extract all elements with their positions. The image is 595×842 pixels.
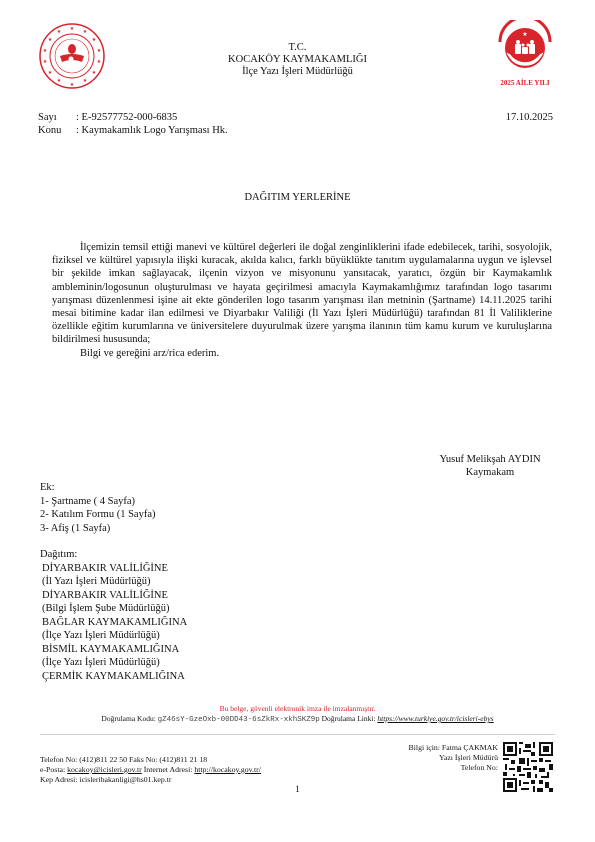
verification-code: gZ46sY-GzeOxb-00DD43-6sZkRx-xkhSKZ9p [158,716,320,724]
family-year-logo: ★ 2025 AİLE YILI [492,20,558,86]
attachment-item: 2- Katılım Formu (1 Sayfa) [40,508,155,522]
svg-text:★: ★ [70,26,75,32]
svg-text:★: ★ [83,29,88,35]
contact-person: Bilgi için: Fatma ÇAKMAK Yazı İşleri Müd… [409,743,498,773]
document-date: 17.10.2025 [506,111,553,124]
info-contact-title: Yazı İşleri Müdürü [409,753,498,763]
svg-text:★: ★ [57,29,62,35]
distribution-item: (İlçe Yazı İşleri Müdürlüğü) [42,656,187,670]
konu-label: Konu [38,124,76,137]
info-contact-name: Bilgi için: Fatma ÇAKMAK [409,743,498,753]
email-web-line: e-Posta: kocakoy@icisleri.gov.tr İnterne… [40,765,261,775]
distribution-item: (İlçe Yazı İşleri Müdürlüğü) [42,629,187,643]
distribution-item: (İl Yazı İşleri Müdürlüğü) [42,575,187,589]
sayi-value: : E-92577752-000-6835 [76,112,177,123]
footer-divider [40,734,555,735]
attachments-label: Ek: [40,481,155,495]
phone-fax-line: Telefon No: (412)811 22 50 Faks No: (412… [40,755,261,765]
distribution-item: DİYARBAKIR VALİLİĞİNE [42,562,187,576]
signer-title: Kaymakam [420,466,560,479]
email-label: e-Posta: [40,765,65,774]
svg-text:★: ★ [522,31,527,38]
attachments-list: Ek: 1- Şartname ( 4 Sayfa) 2- Katılım Fo… [40,481,155,535]
body-closing: Bilgi ve gereğini arz/rica ederim. [52,347,552,360]
sayi-label: Sayı [38,111,76,124]
svg-text:★: ★ [70,82,75,88]
page-number: 1 [0,784,595,794]
esign-note: Bu belge, güvenli elektronik imza ile im… [0,704,595,713]
distribution-item: BİSMİL KAYMAKAMLIĞINA [42,643,187,657]
letter-body: İlçemizin temsil ettiği manevi ve kültür… [52,241,552,360]
konu-value: : Kaymakamlık Logo Yarışması Hk. [76,125,228,136]
web-link[interactable]: http://kocakoy.gov.tr/ [194,765,261,774]
family-year-caption: 2025 AİLE YILI [492,79,558,87]
document-subject: Konu: Kaymakamlık Logo Yarışması Hk. [38,124,228,137]
svg-text:★: ★ [57,78,62,84]
distribution-label: Dağıtım: [40,548,187,562]
distribution-item: BAĞLAR KAYMAKAMLIĞINA [42,616,187,630]
verification-link[interactable]: https://www.turkiye.gov.tr/icisleri-ebys [377,714,493,723]
signature-block: Yusuf Melikşah AYDIN Kaymakam [420,453,560,479]
web-label: İnternet Adresi: [144,765,193,774]
distribution-item: (Bilgi İşlem Şube Müdürlüğü) [42,602,187,616]
distribution-item: DİYARBAKIR VALİLİĞİNE [42,589,187,603]
attachment-item: 1- Şartname ( 4 Sayfa) [40,495,155,509]
family-year-logo-icon: ★ [492,20,558,74]
signer-name: Yusuf Melikşah AYDIN [420,453,560,466]
document-number: Sayı: E-92577752-000-6835 [38,111,177,124]
distribution-item: ÇERMİK KAYMAKAMLIĞINA [42,670,187,684]
verification-code-label: Doğrulama Kodu: [101,714,155,723]
verification-line: Doğrulama Kodu: gZ46sY-GzeOxb-00DD43-6sZ… [0,714,595,724]
body-paragraph: İlçemizin temsil ettiği manevi ve kültür… [52,241,552,347]
info-contact-phone: Telefon No: [409,763,498,773]
distribution-list: Dağıtım: DİYARBAKIR VALİLİĞİNE (İl Yazı … [40,548,187,683]
verification-link-label: Doğrulama Linki: [322,714,376,723]
svg-text:★: ★ [83,78,88,84]
footer-contact: Telefon No: (412)811 22 50 Faks No: (412… [40,755,261,785]
attachment-item: 3- Afiş (1 Sayfa) [40,522,155,536]
addressee-heading: DAĞITIM YERLERİNE [0,192,595,204]
email-link[interactable]: kocakoy@icisleri.gov.tr [67,765,142,774]
